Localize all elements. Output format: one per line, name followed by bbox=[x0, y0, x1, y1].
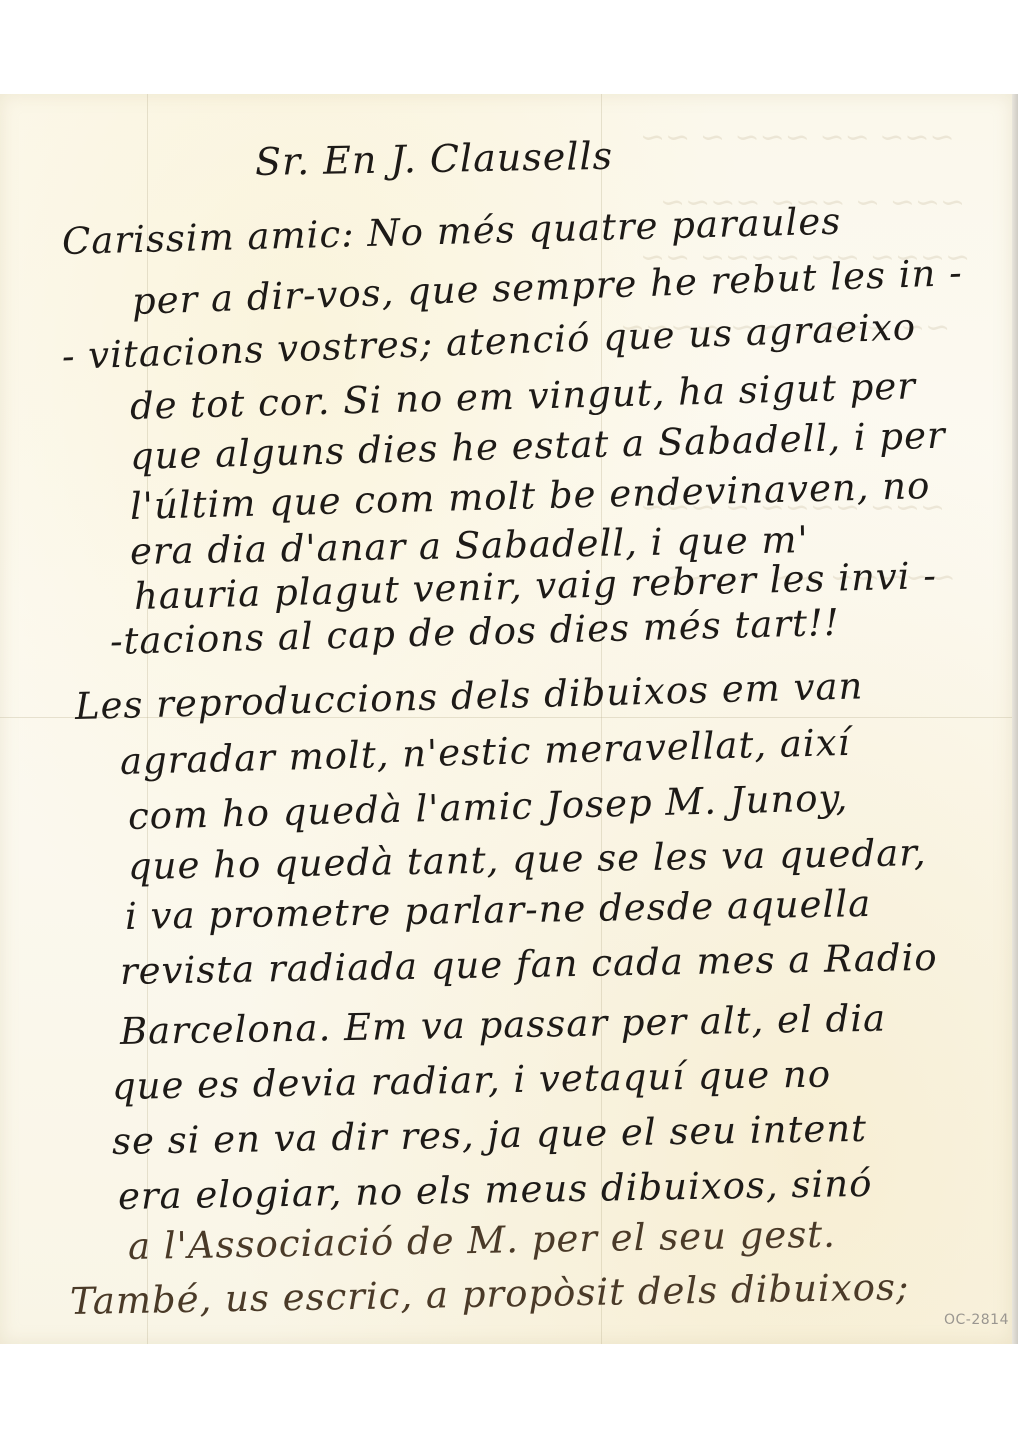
archive-stamp: OC-2814 bbox=[944, 1312, 1009, 1328]
bleed-through-text: ~~~ ~~ ~~~ ~ ~~ bbox=[640, 120, 955, 155]
paper-edge-shadow bbox=[1012, 94, 1018, 1344]
letter-salutation: Sr. En J. Clausells bbox=[255, 134, 614, 184]
